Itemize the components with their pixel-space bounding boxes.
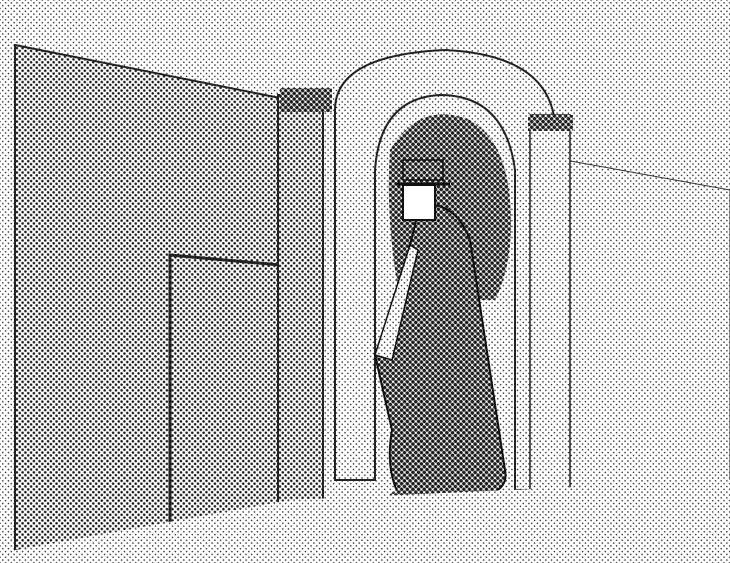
gate-post — [278, 95, 323, 535]
halftone-illustration — [0, 0, 730, 563]
gate-panel — [170, 255, 280, 540]
right-pillar — [530, 115, 570, 495]
hat — [403, 160, 443, 180]
post-cap — [280, 88, 332, 112]
figure-head — [403, 185, 435, 220]
pillar-cap — [528, 115, 573, 131]
